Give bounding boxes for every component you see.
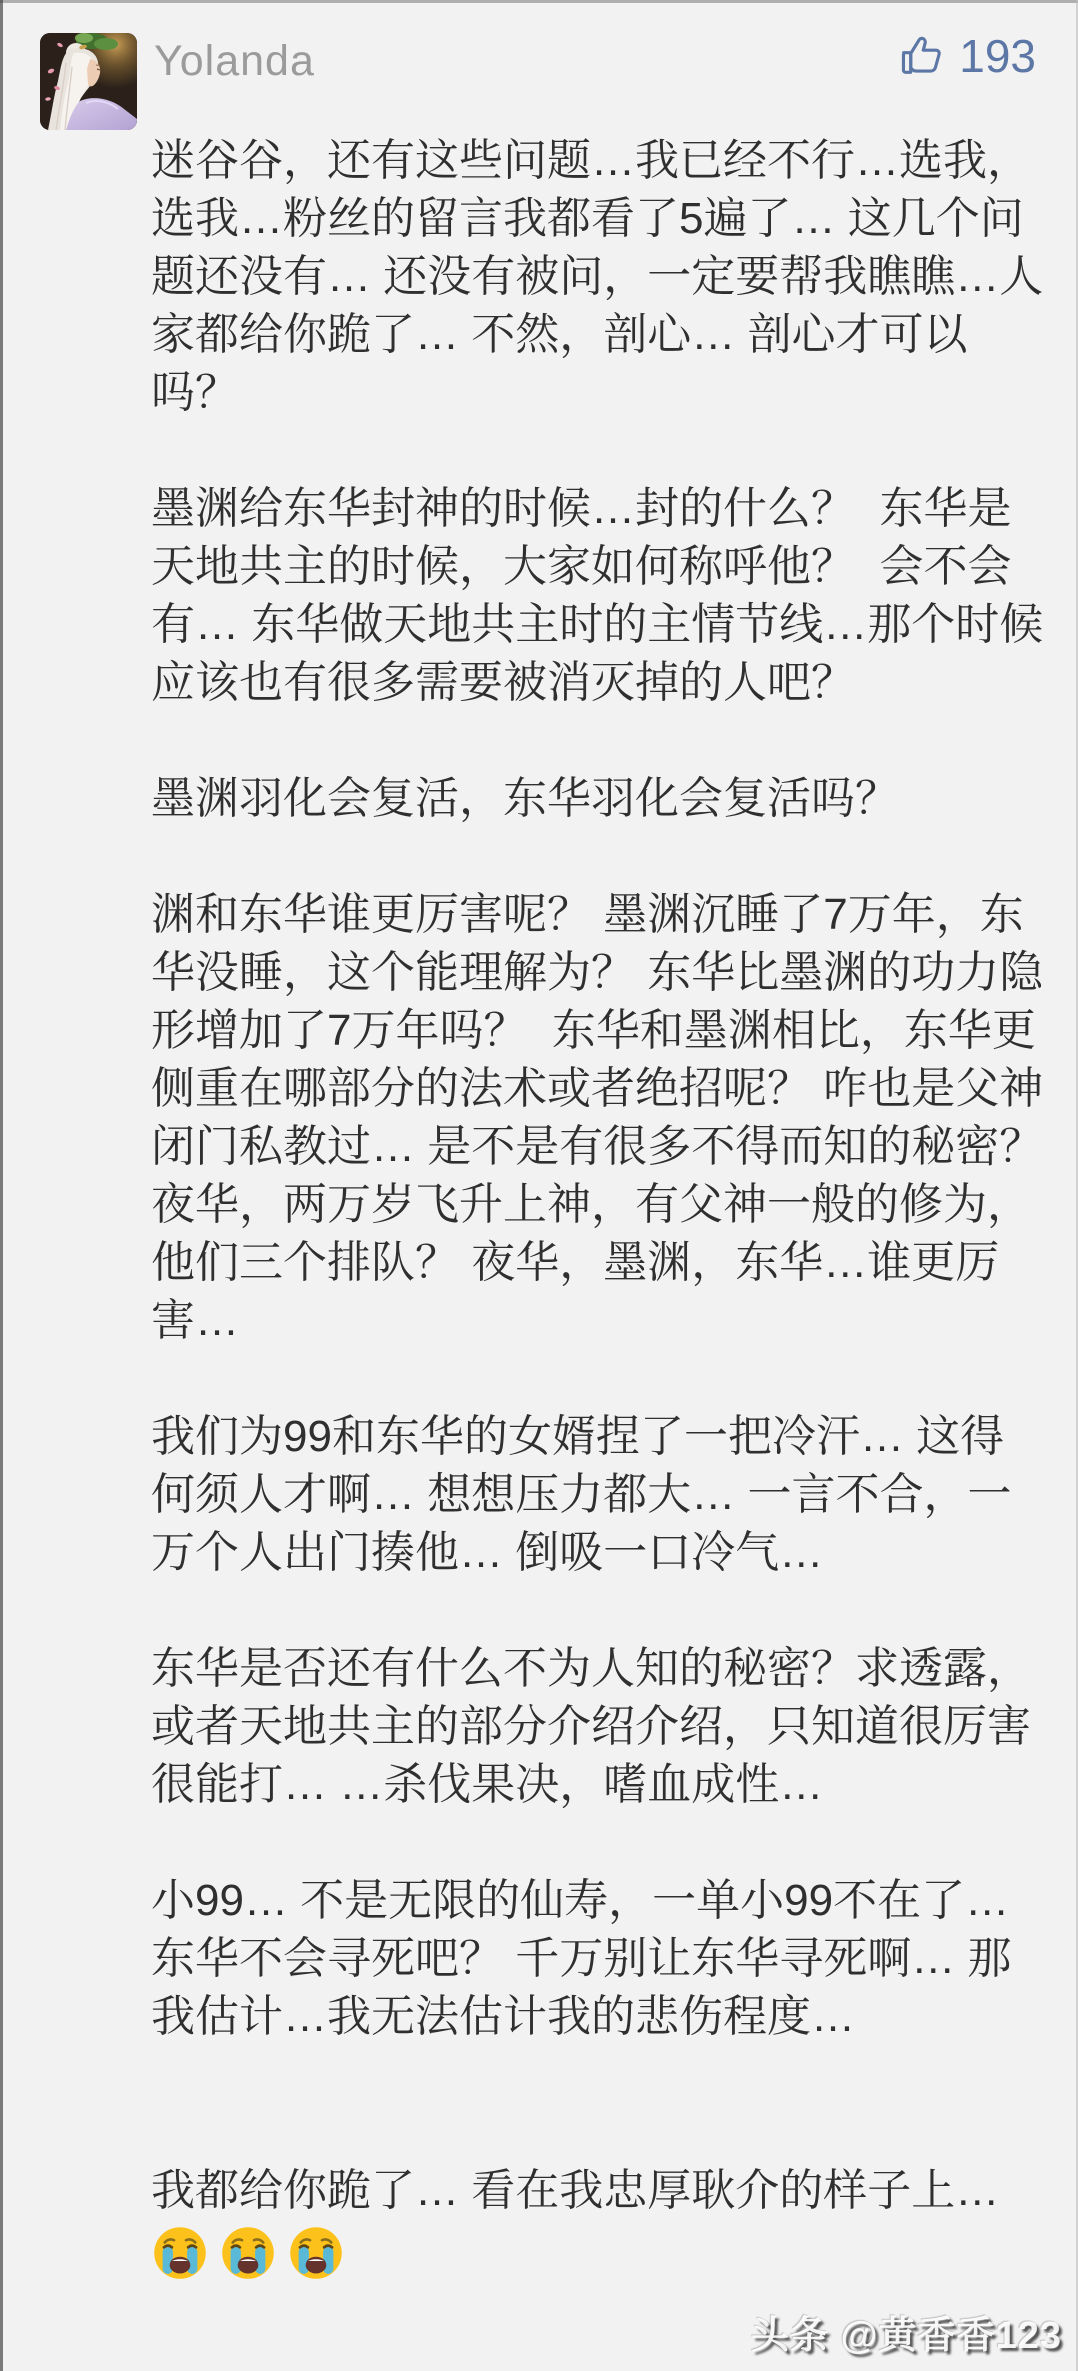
loudly-crying-face-emoji-icon — [151, 2224, 209, 2282]
comment-paragraph: 墨渊给东华封神的时候…封的什么？ 东华是天地共主的时候，大家如何称呼他？ 会不会… — [151, 480, 1045, 712]
emoji-row — [151, 2224, 1045, 2282]
comment-paragraph: 东华是否还有什么不为人知的秘密？求透露，或者天地共主的部分介绍介绍，只知道很厉害… — [151, 1640, 1045, 1814]
like-button[interactable]: 193 — [897, 30, 1036, 82]
avatar[interactable] — [40, 33, 137, 130]
like-count: 193 — [959, 30, 1036, 82]
watermark: 头条 @黄香香123 — [751, 2304, 1062, 2359]
username[interactable]: Yolanda — [154, 36, 315, 86]
comment-paragraph: 渊和东华谁更厉害呢？ 墨渊沉睡了7万年，东华没睡，这个能理解为？ 东华比墨渊的功… — [151, 886, 1045, 1350]
comment-body: 迷谷谷，还有这些问题…我已经不行…选我，选我…粉丝的留言我都看了5遍了… 这几个… — [151, 132, 1045, 2282]
comment-paragraph: 迷谷谷，还有这些问题…我已经不行…选我，选我…粉丝的留言我都看了5遍了… 这几个… — [151, 132, 1045, 422]
avatar-illustration-icon — [40, 33, 137, 130]
thumbs-up-icon — [897, 31, 947, 81]
comment-paragraph: 墨渊羽化会复活，东华羽化会复活吗？ — [151, 770, 1045, 828]
comment-paragraph: 小99… 不是无限的仙寿，一单小99不在了…东华不会寻死吧？ 千万别让东华寻死啊… — [151, 1872, 1045, 2046]
loudly-crying-face-emoji-icon — [287, 2224, 345, 2282]
screenshot-edge-top — [0, 0, 1078, 3]
screenshot-edge-left — [0, 0, 3, 2371]
comment-paragraph: 我们为99和东华的女婿捏了一把冷汗… 这得何须人才啊… 想想压力都大… 一言不合… — [151, 1408, 1045, 1582]
loudly-crying-face-emoji-icon — [219, 2224, 277, 2282]
comment-paragraph: 我都给你跪了… 看在我忠厚耿介的样子上… — [151, 2162, 1045, 2220]
comment-screen: Yolanda 193 迷谷谷，还有这些问题…我已经不行…选我，选我…粉丝的留言… — [0, 0, 1078, 2371]
